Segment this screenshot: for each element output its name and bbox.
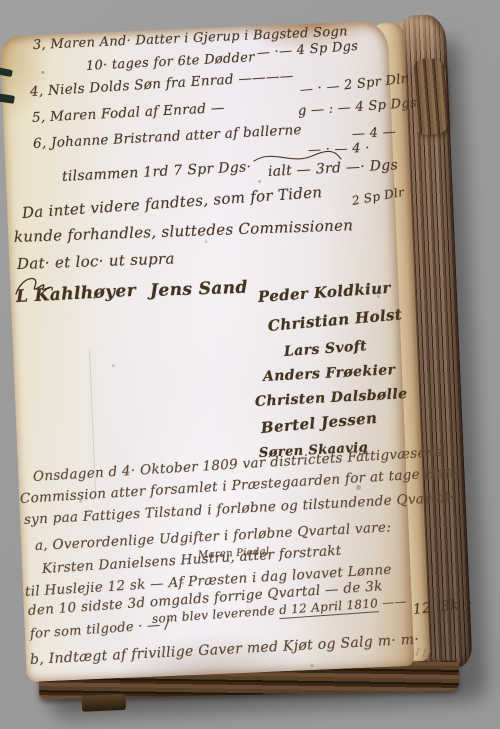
signature-peder-koldkiur: Peder Koldkiur bbox=[257, 279, 391, 306]
signature-jens-sand: Jens Sand bbox=[150, 278, 248, 301]
closing-line-2: kunde forhandles, sluttedes Commissionen bbox=[14, 216, 354, 246]
item-a-line-4b-post: —— bbox=[378, 594, 408, 610]
ledger-entry-5: 5, Maren Fodal af Enrad — bbox=[32, 100, 225, 126]
pencil-page-number: 110 bbox=[413, 645, 436, 661]
ledger-amount-5b: — 4 — bbox=[352, 125, 397, 142]
closing-line-1: Da intet videre fandtes, som for Tiden bbox=[21, 183, 322, 222]
ledger-entry-6: 6, Johanne Bristrand atter af ballerne bbox=[33, 122, 303, 152]
ledger-amount-5: g — : — 4 Sp Dgs bbox=[297, 96, 417, 119]
item-a-amount: 12· 3k ·· bbox=[412, 596, 473, 618]
item-a-line-4a: for som tilgode · — ∕ bbox=[29, 617, 170, 642]
signature-christian-holst: Christian Holst bbox=[267, 305, 403, 335]
signature-anders-froekier: Anders Frøekier bbox=[263, 362, 396, 385]
signature-bertel-jessen: Bertel Jessen bbox=[260, 409, 378, 437]
signature-christen-dalsbolle: Christen Dalsbølle bbox=[255, 386, 408, 410]
ledger-entry-3-continuation: 10· tages for 6te Dødder bbox=[86, 50, 255, 74]
photo-background: 3, Maren And· Datter i Gjerup i Bagsted … bbox=[0, 0, 500, 729]
ledger-sum-left: tilsammen 1rd 7 Spr Dgs· bbox=[62, 159, 252, 185]
handwriting-layer: 3, Maren And· Datter i Gjerup i Bagsted … bbox=[0, 0, 500, 729]
ledger-entry-4: 4, Niels Dolds Søn fra Enrad ———— bbox=[30, 68, 294, 100]
dateline-ut-supra: Dat· et loc· ut supra bbox=[17, 249, 175, 272]
ledger-amount-4: — · — 2 Spr Dlr bbox=[299, 72, 408, 98]
ledger-sum-note: 2 Sp Dlr bbox=[351, 185, 405, 208]
signature-lars-svoft: Lars Svoft bbox=[283, 338, 367, 360]
